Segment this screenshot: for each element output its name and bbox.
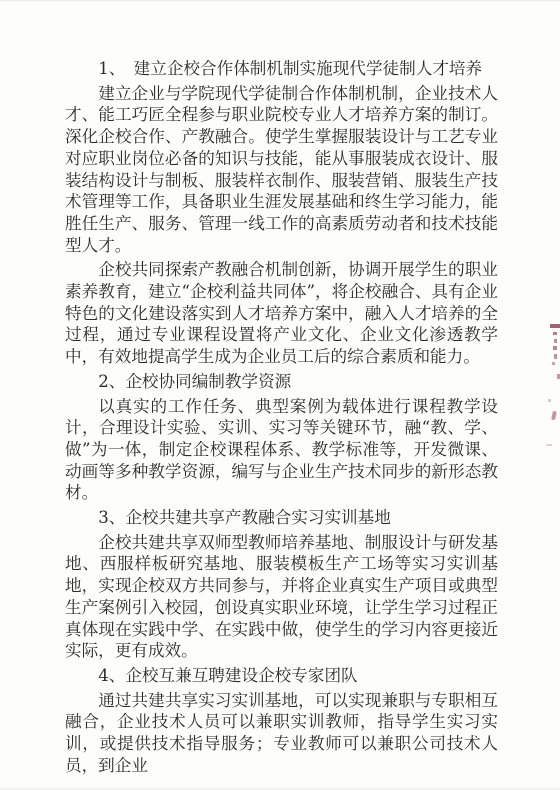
paragraph: 企校共同探索产教融合机制创新，协调开展学生的职业素养教育，建立“企校利益共同体”… [65, 259, 498, 368]
section-heading-2: 2、企校协同编制教学资源 [65, 371, 498, 393]
red-ink-mark [551, 411, 557, 421]
paragraph: 以真实的工作任务、典型案例为载体进行课程教学设计，合理设计实验、实训、实习等关键… [65, 396, 498, 505]
scanned-document-page: 1、 建立企校合作体制机制实施现代学徒制人才培养 建立企业与学院现代学徒制合作体… [0, 0, 560, 790]
red-ink-mark [554, 339, 557, 343]
red-ink-mark [553, 346, 557, 350]
red-ink-mark [552, 362, 555, 365]
paragraph: 建立企业与学院现代学徒制合作体制机制，企业技术人才、能工巧匠全程参与职业院校专业… [65, 83, 498, 257]
red-ink-mark [553, 332, 557, 335]
scan-edge-shadow-top [0, 0, 560, 2]
red-ink-mark [548, 399, 551, 402]
red-ink-mark [554, 354, 557, 359]
red-ink-mark [546, 444, 552, 446]
section-heading-4: 4、企校互兼互聘建设企校专家团队 [65, 665, 498, 687]
section-heading-1: 1、 建立企校合作体制机制实施现代学徒制人才培养 [65, 58, 498, 80]
red-ink-mark [550, 324, 560, 328]
document-body: 1、 建立企校合作体制机制实施现代学徒制人才培养 建立企业与学院现代学徒制合作体… [65, 58, 498, 780]
section-heading-3: 3、企校共建共享产教融合实习实训基地 [65, 507, 498, 529]
paragraph: 企校共建共享双师型教师培养基地、制服设计与研发基地、西服样板研究基地、服装模板生… [65, 532, 498, 662]
paragraph: 通过共建共享实习实训基地，可以实现兼职与专职相互融合，企业技术人员可以兼职实训教… [65, 690, 498, 777]
